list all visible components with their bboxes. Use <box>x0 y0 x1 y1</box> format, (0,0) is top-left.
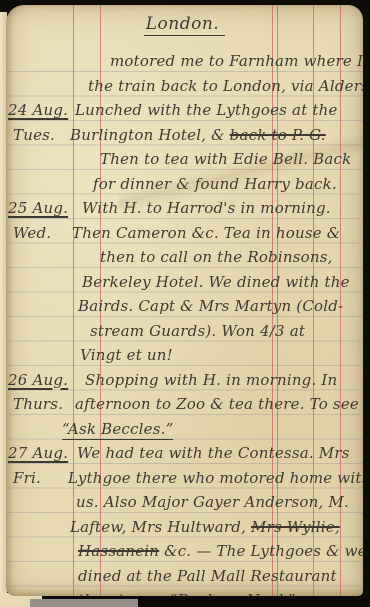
entry-day: Wed. <box>13 221 51 246</box>
underlined-title: Rookery Nook <box>177 591 287 596</box>
notebook-page: London. motored me to Farnham where I go… <box>6 5 363 596</box>
diary-text: Lythgoe there who motored home with <box>68 469 363 487</box>
diary-line: Vingt et un! <box>6 343 363 368</box>
entry-day: Fri. <box>13 466 41 491</box>
diary-text: We had tea with the Contessa. Mrs <box>77 444 350 462</box>
diary-text: then to call on the Robinsons, <box>100 248 333 266</box>
diary-line: 25 Aug.With H. to Harrod's in morning. <box>6 196 363 221</box>
diary-line: Wed.Then Cameron &c. Tea in house & <box>6 221 363 246</box>
diary-text: Shopping with H. in morning. In <box>85 371 337 389</box>
diary-text: afternoon to Zoo & tea there. To see <box>75 395 359 413</box>
table-surface <box>30 599 138 607</box>
diary-line: Berkeley Hotel. We dined with the <box>6 270 363 295</box>
diary-line: Laftew, Mrs Hultward, Mrs Wyllie, <box>6 515 363 540</box>
diary-line: motored me to Farnham where I got <box>6 49 363 74</box>
diary-text: for dinner & found Harry back. <box>93 175 337 193</box>
entry-date: 26 Aug. <box>8 368 68 393</box>
diary-line: stream Guards). Won 4/3 at <box>6 319 363 344</box>
diary-text: Lunched with the Lythgoes at the <box>75 101 338 119</box>
diary-text: Burlington Hotel, & <box>70 126 230 144</box>
diary-line: 27 Aug.We had tea with the Contessa. Mrs <box>6 441 363 466</box>
diary-text: Then Cameron &c. Tea in house & <box>72 224 340 242</box>
entry-date: 25 Aug. <box>8 196 68 221</box>
diary-text: us. Also Major Gayer Anderson, M. <box>76 493 349 511</box>
entry-date: 24 Aug. <box>8 98 68 123</box>
page-title: London. <box>6 14 363 36</box>
diary-text: Laftew, Mrs Hultward, <box>70 518 251 536</box>
diary-line: us. Also Major Gayer Anderson, M. <box>6 490 363 515</box>
entry-day: Thurs. <box>13 392 63 417</box>
diary-text: dined at the Pall Mall Restaurant <box>78 567 337 585</box>
diary-line: 24 Aug.Lunched with the Lythgoes at the <box>6 98 363 123</box>
diary-text: &c. — The Lythgoes & we <box>159 542 363 560</box>
diary-line: for dinner & found Harry back. <box>6 172 363 197</box>
entry-date: 27 Aug. <box>8 441 68 466</box>
diary-line: Hassanein &c. — The Lythgoes & we <box>6 539 363 564</box>
page-title-text: London. <box>144 14 225 36</box>
diary-line: then to see “Rookery Nook”. <box>6 588 363 596</box>
diary-text: Bairds. Capt & Mrs Martyn (Cold- <box>78 297 343 315</box>
diary-line: Bairds. Capt & Mrs Martyn (Cold- <box>6 294 363 319</box>
underlined-title: “Ask Beccles.” <box>62 420 173 440</box>
struck-text: back to P. G. <box>230 126 326 144</box>
diary-text: With H. to Harrod's in morning. <box>82 199 331 217</box>
diary-line: 26 Aug.Shopping with H. in morning. In <box>6 368 363 393</box>
diary-text: stream Guards). Won 4/3 at <box>90 322 305 340</box>
diary-text: Vingt et un! <box>80 346 173 364</box>
diary-text: motored me to Farnham where I got <box>110 52 363 70</box>
diary-text: Berkeley Hotel. We dined with the <box>82 273 350 291</box>
diary-line: dined at the Pall Mall Restaurant <box>6 564 363 589</box>
diary-text: then to see “ <box>78 591 177 596</box>
diary-line: Fri.Lythgoe there who motored home with <box>6 466 363 491</box>
diary-line: then to call on the Robinsons, <box>6 245 363 270</box>
struck-text: Hassanein <box>78 542 159 560</box>
diary-line: the train back to London, via Aldershot. <box>6 74 363 99</box>
diary-text: the train back to London, via Aldershot. <box>88 77 363 95</box>
diary-line: Then to tea with Edie Bell. Back <box>6 147 363 172</box>
diary-line: “Ask Beccles.” <box>6 417 363 442</box>
struck-text: Mrs Wyllie, <box>251 518 340 536</box>
diary-text: Then to tea with Edie Bell. Back <box>100 150 351 168</box>
diary-line: Thurs.afternoon to Zoo & tea there. To s… <box>6 392 363 417</box>
diary-body: motored me to Farnham where I got the tr… <box>6 49 363 596</box>
diary-line: Tues.Burlington Hotel, & back to P. G. <box>6 123 363 148</box>
diary-text: ”. <box>288 591 301 596</box>
entry-day: Tues. <box>13 123 55 148</box>
